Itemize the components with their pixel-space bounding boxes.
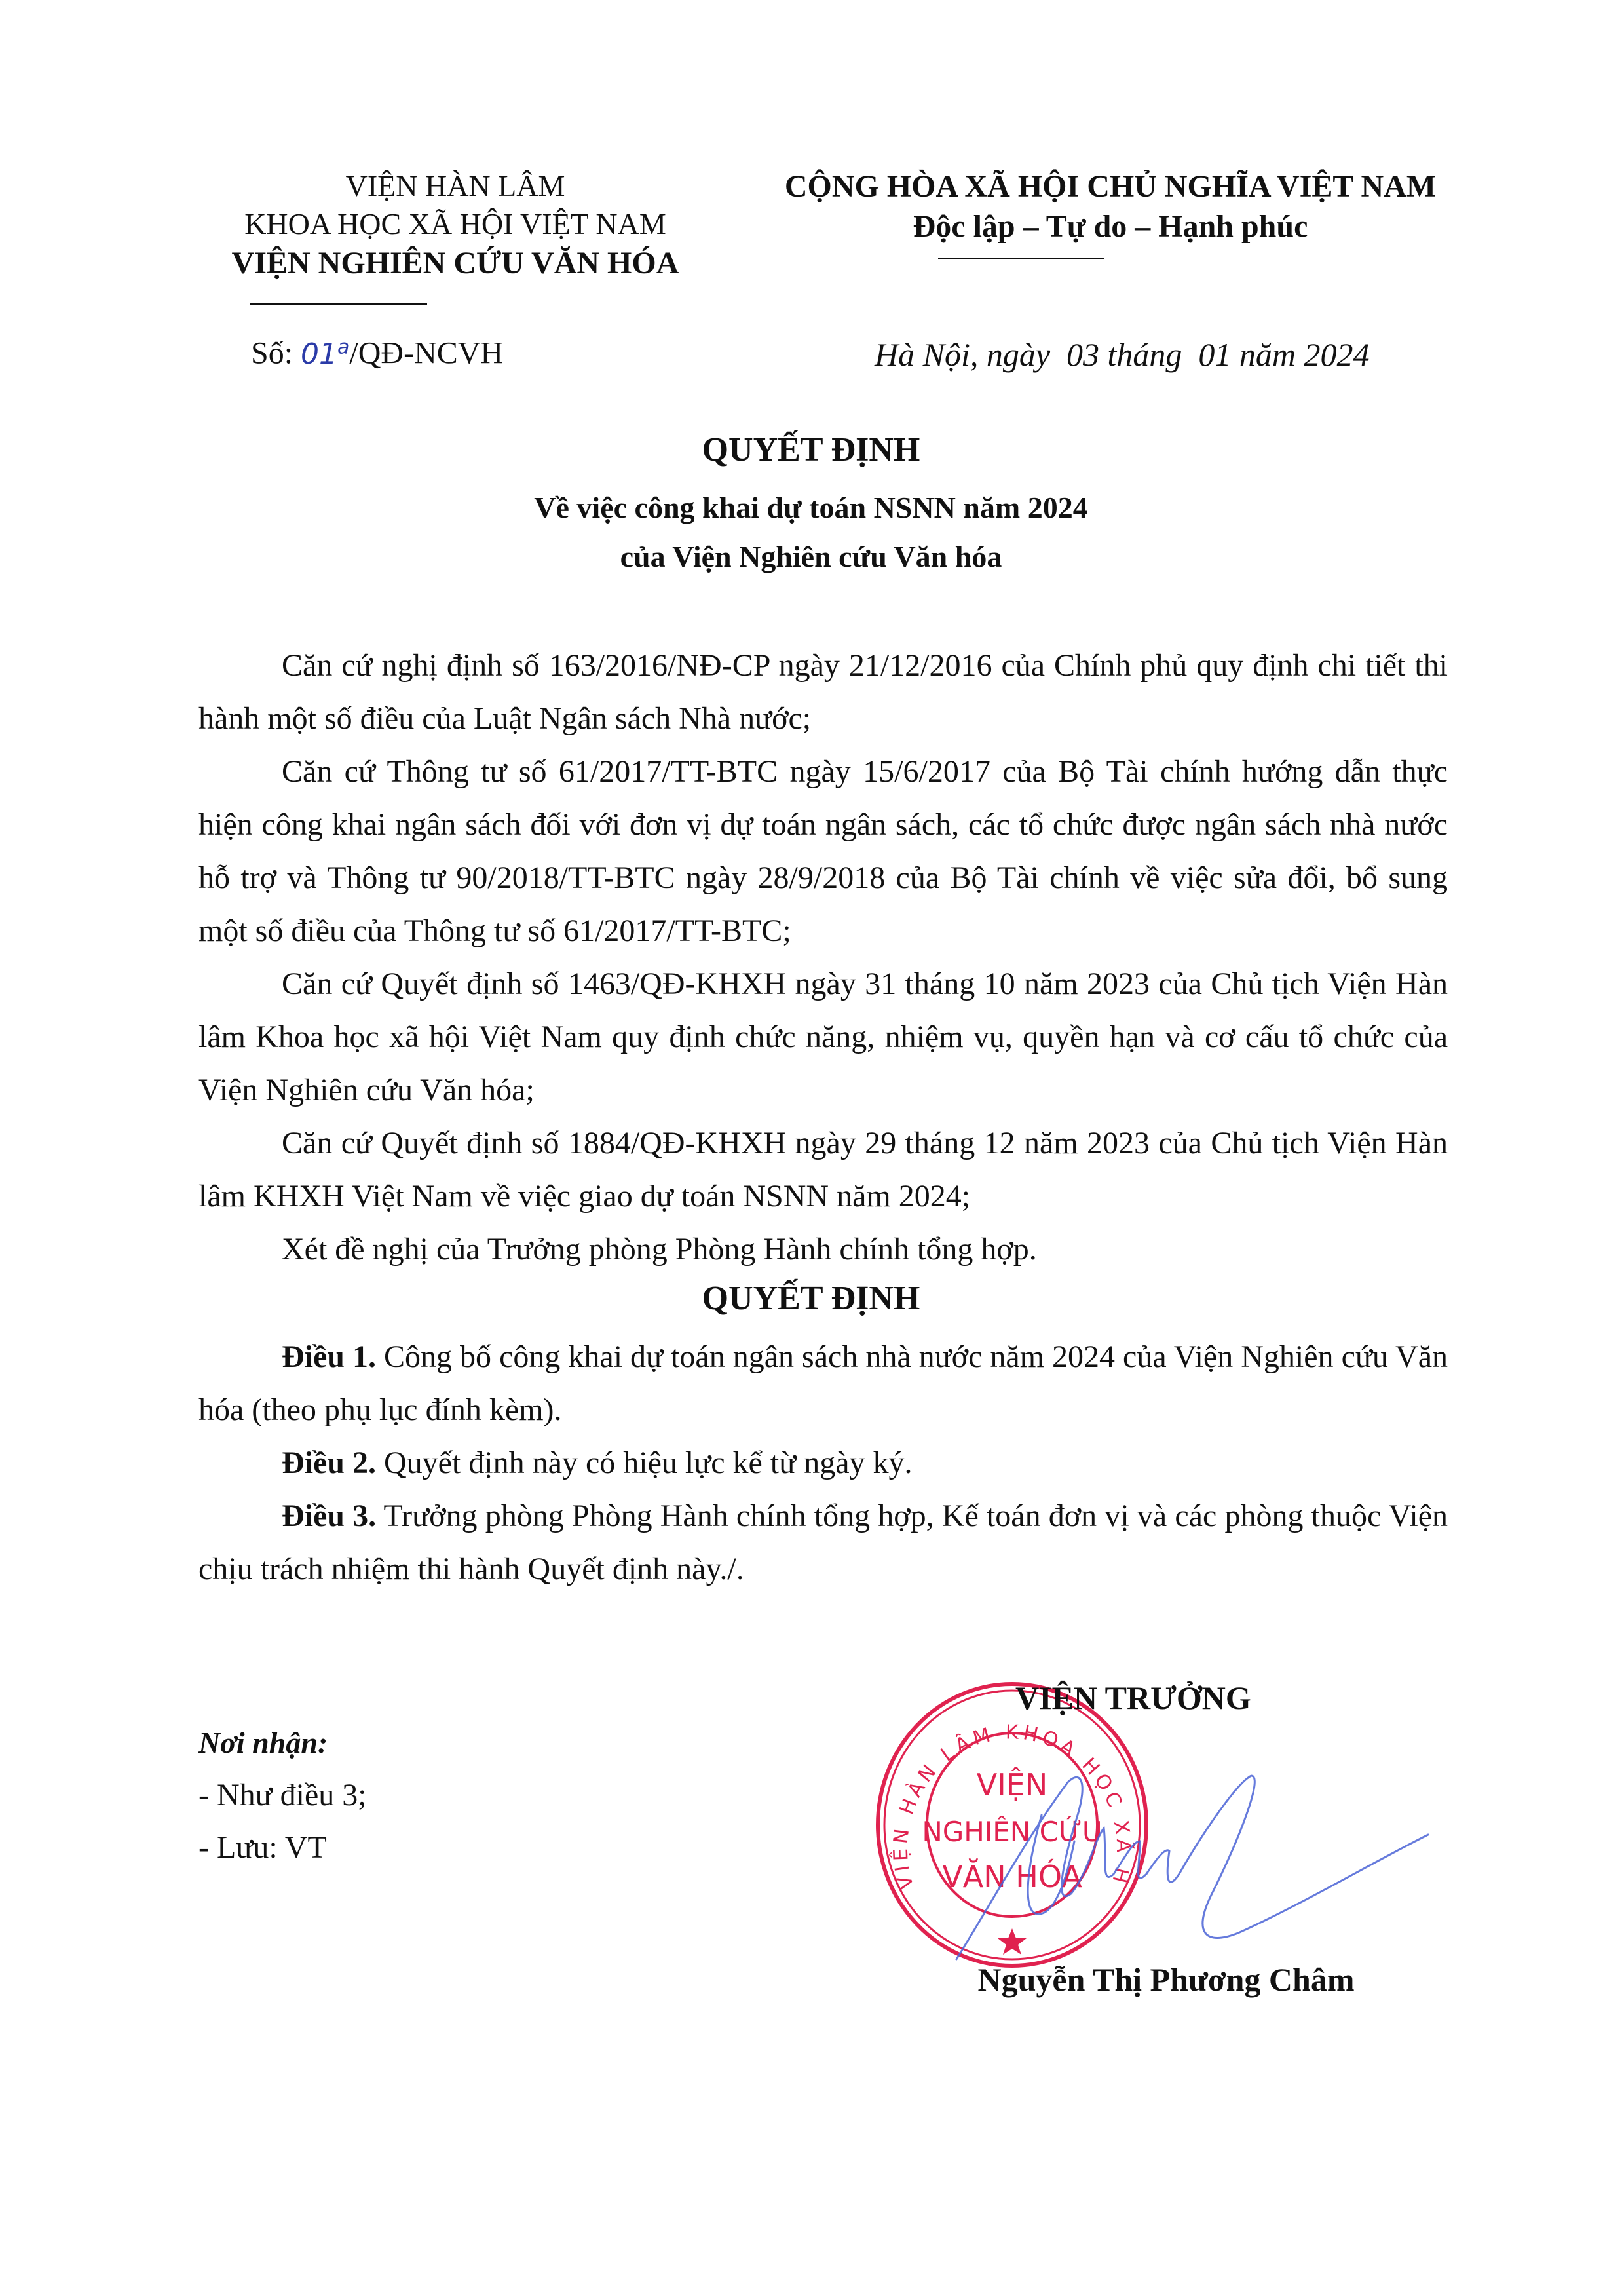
article-label: Điều 3. bbox=[282, 1499, 376, 1533]
article-label: Điều 2. bbox=[282, 1445, 376, 1480]
country-name: CỘNG HÒA XÃ HỘI CHỦ NGHĨA VIỆT NAM bbox=[737, 167, 1484, 206]
article-text: Công bố công khai dự toán ngân sách nhà … bbox=[198, 1339, 1448, 1427]
article-2: Điều 2. Quyết định này có hiệu lực kể từ… bbox=[198, 1436, 1448, 1489]
article-1: Điều 1. Công bố công khai dự toán ngân s… bbox=[198, 1330, 1448, 1436]
preamble-text: Căn cứ nghị định số 163/2016/NĐ-CP ngày … bbox=[198, 648, 1448, 736]
recipients-block: Nơi nhận: - Như điều 3; - Lưu: VT bbox=[198, 1717, 367, 1874]
handwritten-digits: 01 bbox=[301, 337, 337, 371]
agency-parent-line2: KHOA HỌC XÃ HỘI VIỆT NAM bbox=[183, 205, 727, 243]
recipient-item: - Lưu: VT bbox=[198, 1822, 367, 1874]
article-text: Quyết định này có hiệu lực kể từ ngày ký… bbox=[376, 1445, 913, 1480]
handwritten-suffix: a bbox=[337, 335, 349, 358]
recipients-heading: Nơi nhận: bbox=[198, 1717, 367, 1769]
preamble-text: Căn cứ Quyết định số 1463/QĐ-KHXH ngày 3… bbox=[198, 966, 1448, 1107]
place-and-date: Hà Nội, ngày 03 tháng 01 năm 2024 bbox=[875, 334, 1370, 375]
decision-heading: QUYẾT ĐỊNH bbox=[0, 1278, 1622, 1320]
doc-number-code: /QĐ-NCVH bbox=[349, 336, 503, 371]
recipient-item: - Như điều 3; bbox=[198, 1769, 367, 1822]
document-subject-line1: Về việc công khai dự toán NSNN năm 2024 bbox=[0, 488, 1622, 527]
preamble-paragraph: Căn cứ Thông tư số 61/2017/TT-BTC ngày 1… bbox=[198, 745, 1448, 957]
document-title: QUYẾT ĐỊNH bbox=[0, 429, 1622, 471]
preamble-text: Căn cứ Thông tư số 61/2017/TT-BTC ngày 1… bbox=[198, 754, 1448, 948]
national-motto-block: CỘNG HÒA XÃ HỘI CHỦ NGHĨA VIỆT NAM Độc l… bbox=[737, 167, 1484, 247]
article-text: Trưởng phòng Phòng Hành chính tổng hợp, … bbox=[198, 1499, 1448, 1586]
doc-number-prefix: Số: bbox=[251, 336, 293, 371]
document-number: Số: 01a/QĐ-NCVH bbox=[251, 328, 503, 374]
agency-parent-line1: VIỆN HÀN LÂM bbox=[183, 167, 727, 205]
agency-underline-divider bbox=[250, 303, 427, 305]
preamble-paragraph: Xét đề nghị của Trưởng phòng Phòng Hành … bbox=[198, 1223, 1448, 1276]
preamble-paragraph: Căn cứ nghị định số 163/2016/NĐ-CP ngày … bbox=[198, 639, 1448, 745]
issuing-agency-block: VIỆN HÀN LÂM KHOA HỌC XÃ HỘI VIỆT NAM VI… bbox=[183, 167, 727, 284]
preamble-paragraph: Căn cứ Quyết định số 1463/QĐ-KHXH ngày 3… bbox=[198, 957, 1448, 1117]
signatory-title: VIỆN TRƯỞNG bbox=[1015, 1677, 1251, 1718]
preamble-text: Căn cứ Quyết định số 1884/QĐ-KHXH ngày 2… bbox=[198, 1126, 1448, 1214]
preamble-text: Xét đề nghị của Trưởng phòng Phòng Hành … bbox=[282, 1232, 1037, 1267]
handwritten-number: 01a bbox=[301, 337, 349, 371]
handwritten-signature-icon bbox=[930, 1743, 1441, 1979]
national-motto: Độc lập – Tự do – Hạnh phúc bbox=[737, 206, 1484, 247]
article-3: Điều 3. Trưởng phòng Phòng Hành chính tổ… bbox=[198, 1489, 1448, 1596]
agency-name: VIỆN NGHIÊN CỨU VĂN HÓA bbox=[183, 243, 727, 284]
preamble-paragraph: Căn cứ Quyết định số 1884/QĐ-KHXH ngày 2… bbox=[198, 1117, 1448, 1223]
motto-underline-divider bbox=[938, 258, 1104, 259]
document-subject-line2: của Viện Nghiên cứu Văn hóa bbox=[0, 537, 1622, 577]
article-label: Điều 1. bbox=[282, 1339, 376, 1374]
